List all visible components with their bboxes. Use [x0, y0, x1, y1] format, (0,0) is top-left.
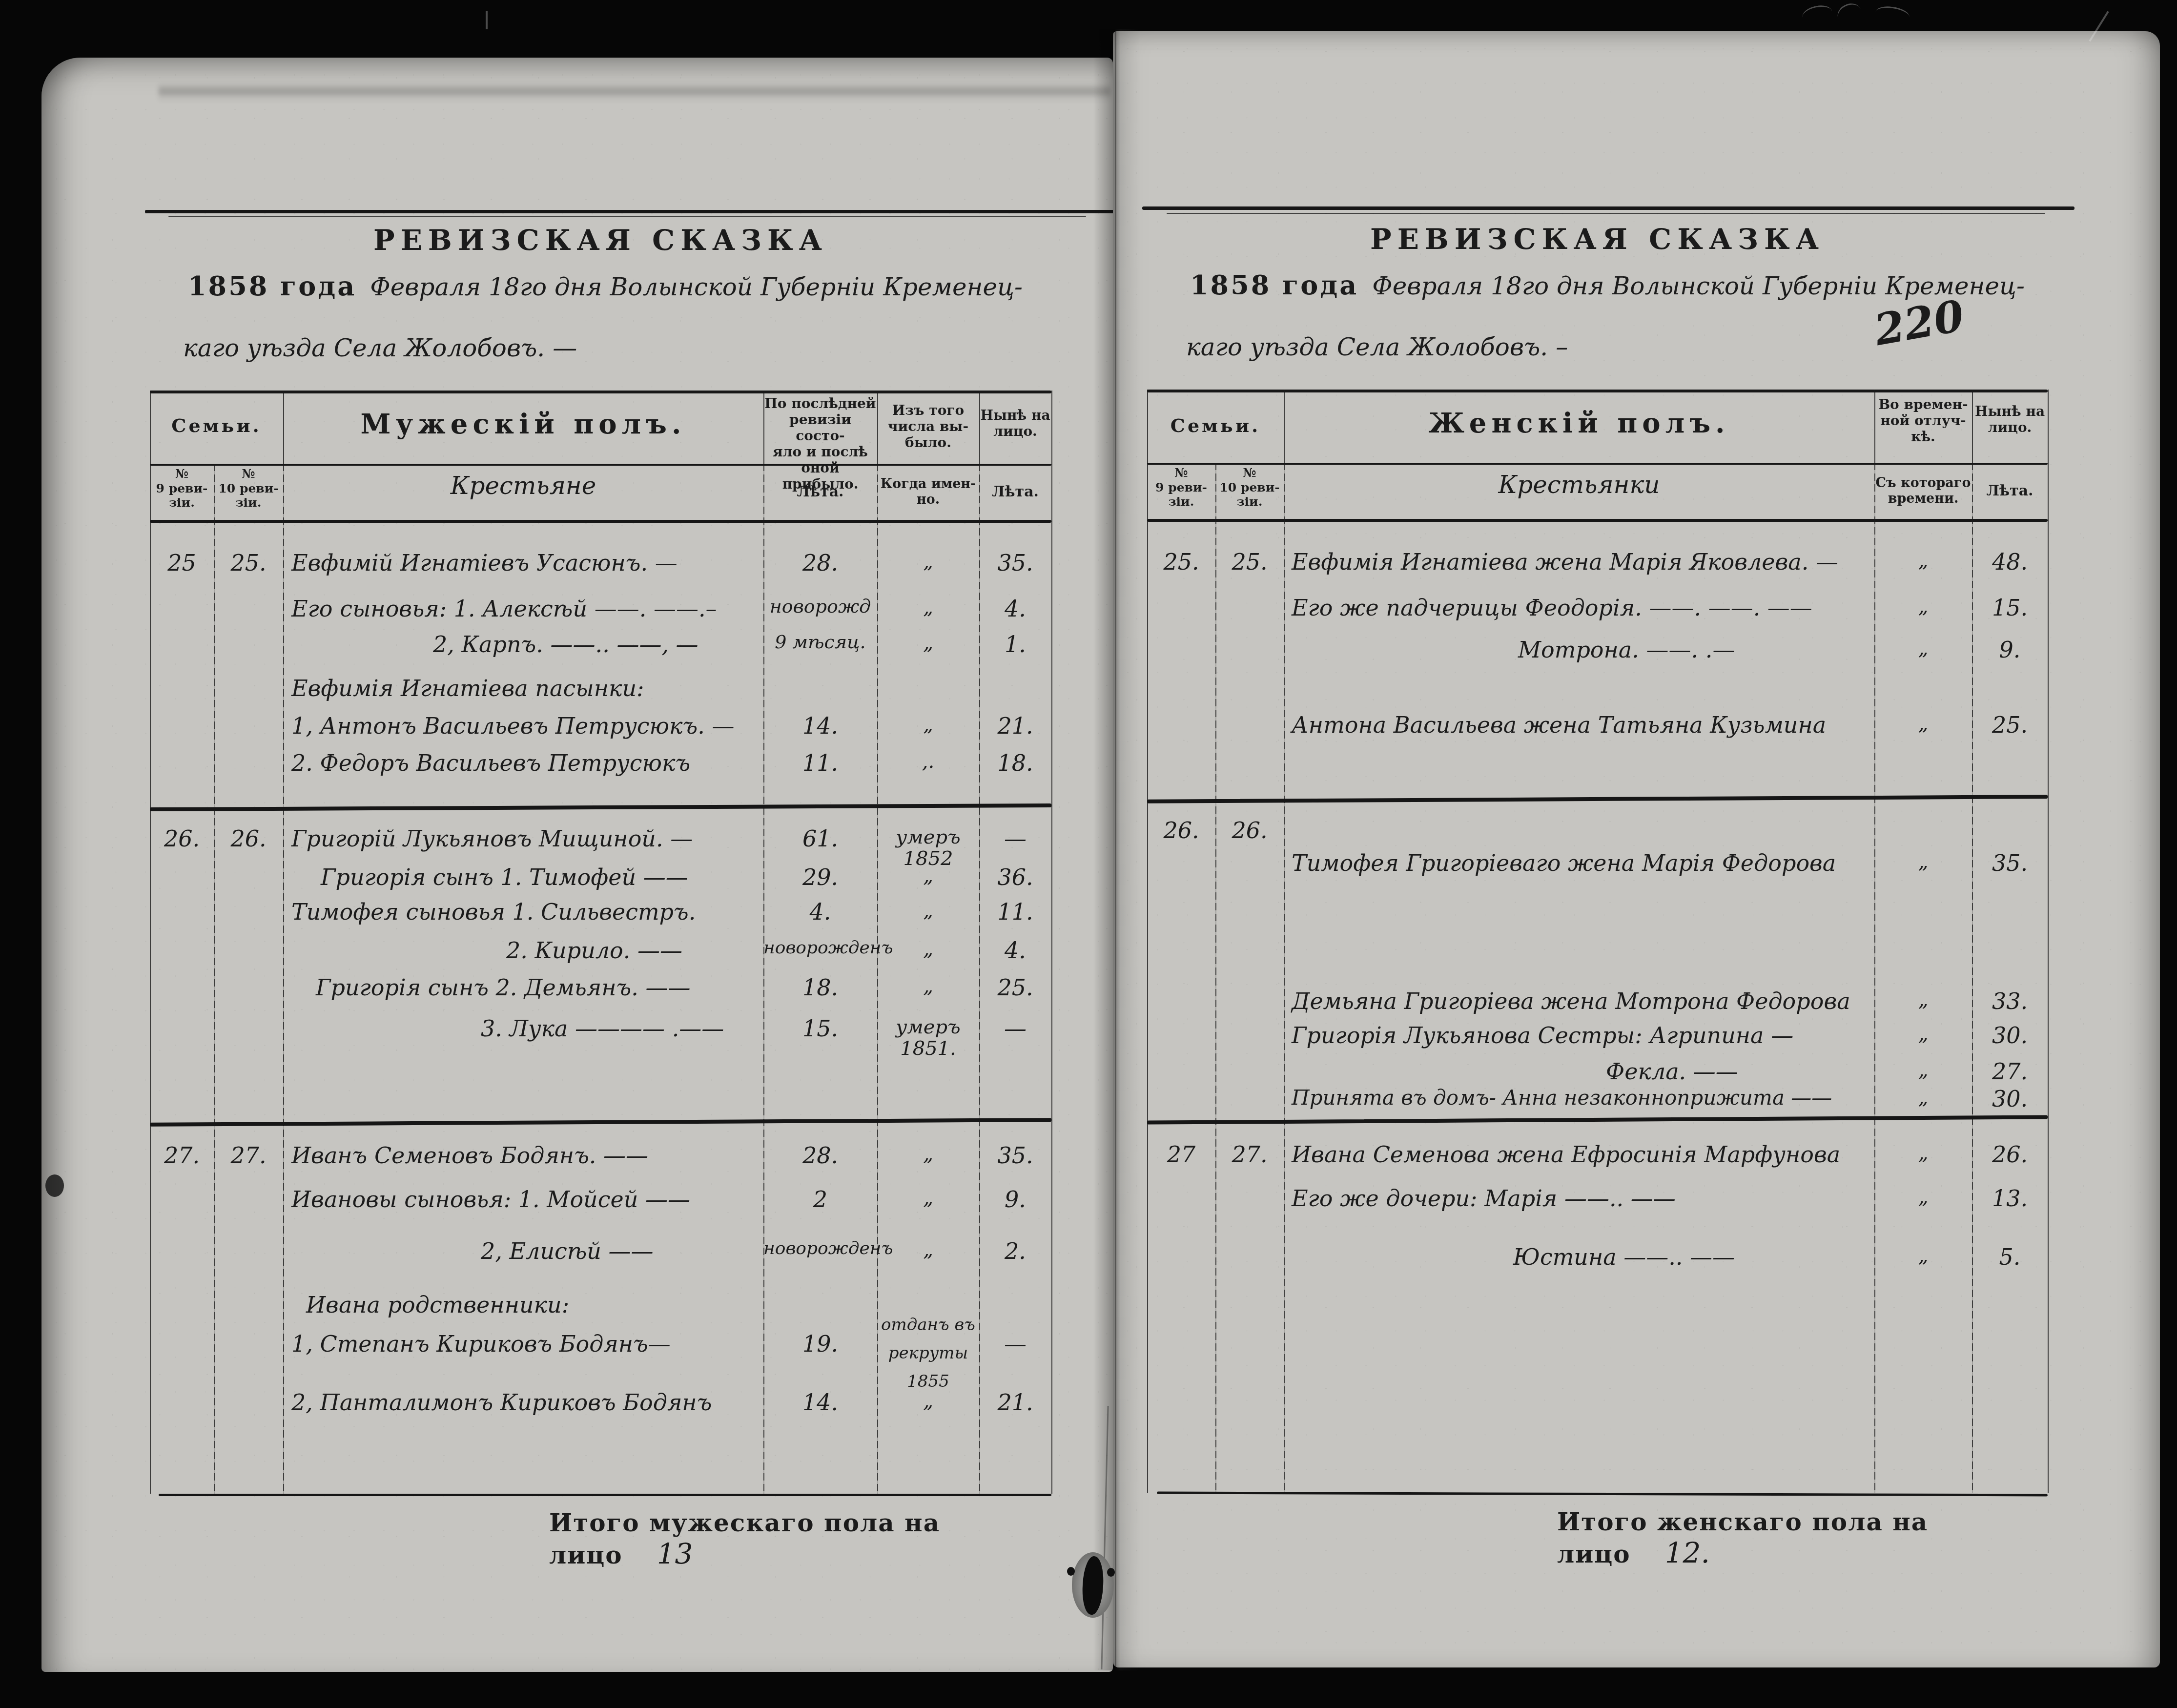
col-header-present: Нынѣ на лицо. [979, 407, 1051, 439]
cell-name: 1, Степанъ Кириковъ Бодянъ— [291, 1332, 760, 1357]
cell-age: 30. [1972, 1087, 2048, 1111]
frame-rule-echo [168, 216, 1086, 217]
cell-rev10: 27. [214, 1143, 283, 1168]
cell-age: 33. [1972, 989, 2048, 1014]
cell-age-now: 25. [979, 975, 1051, 1000]
cell-age-prev: 14. [763, 1390, 877, 1415]
cell-age-now: 21. [979, 1390, 1051, 1415]
cell-age: 5. [1972, 1245, 2048, 1270]
table-row: 25. 25. Евфимія Игнатіева жена Марія Яко… [1113, 550, 2160, 592]
cell-name: Демьяна Григоріева жена Мотрона Федорова [1292, 989, 1872, 1014]
col-header-present: Нынѣ на лицо. [1972, 403, 2048, 435]
cell-rev10: 27. [1215, 1142, 1284, 1167]
table-row: Его же дочери: Марія ——.. —— „ 13. [1113, 1186, 2160, 1228]
subcol-rev10: № 10 реви- зіи. [214, 467, 283, 510]
cell-since: „ [1874, 550, 1972, 571]
column-line [877, 391, 878, 464]
cell-name: Его сыновья: 1. Алексѣй ——. ——.– [291, 597, 760, 621]
cell-age-now: 35. [979, 1143, 1051, 1168]
cell-name: Принята въ домъ- Анна незаконноприжита —… [1292, 1087, 1872, 1109]
cell-age-now: 18. [979, 751, 1051, 776]
cell-when: „ [877, 1143, 979, 1165]
cell-age-prev: 28. [763, 1143, 877, 1168]
subcol-peasants: Крестьяне [283, 472, 763, 500]
cell-rev10: 25. [1215, 550, 1284, 575]
cell-age-now: 4. [979, 597, 1051, 621]
table-row: Его же падчерицы Феодорія. ——. ——. —— „ … [1113, 596, 2160, 638]
cell-rev9: 26. [1147, 818, 1215, 843]
cell-age-prev: 9 мѣсяц. [763, 632, 877, 653]
cell-age-now: — [979, 1332, 1051, 1357]
total-line: Итого мужескаго пола на лицо13 [549, 1508, 1037, 1570]
frame-rule [145, 210, 1116, 213]
cell-since: „ [1874, 638, 1972, 659]
cell-name: Евфимій Игнатіевъ Усасюнъ. — [291, 551, 760, 576]
table-row: Принята въ домъ- Анна незаконноприжита —… [1113, 1087, 2160, 1129]
cell-name: 1, Антонъ Васильевъ Петрусюкъ. — [291, 714, 760, 739]
table-row: Тимофея Григоріеваго жена Марія Федорова… [1113, 851, 2160, 893]
table-top-rule [1147, 390, 2048, 392]
date-line-2: каго уѣзда Села Жолобовъ. — [183, 334, 577, 362]
page-crease [159, 83, 1110, 103]
cell-age-prev: 29. [763, 865, 877, 890]
header-divider-rule [1147, 463, 2048, 465]
header-bottom-rule [150, 520, 1051, 523]
cell-since: „ [1874, 1023, 1972, 1045]
family-separator [1147, 795, 2048, 803]
table-row: Григорія сынъ 2. Демьянъ. —— 18. „ 25. [41, 975, 1113, 1017]
table-top-rule [150, 391, 1051, 393]
cell-name: Тимофея Григоріеваго жена Марія Федорова [1292, 851, 1872, 876]
cell-name: 2. Федоръ Васильевъ Петрусюкъ [291, 751, 760, 776]
cell-age-prev: 28. [763, 551, 877, 576]
total-value: 13 [657, 1537, 693, 1570]
archive-scribble [1874, 4, 1910, 25]
cell-when: умеръ 1852 [877, 826, 979, 869]
cell-name: Григорія Лукьянова Сестры: Агрипина — [1292, 1023, 1872, 1048]
cell-rev9: 27 [1147, 1142, 1215, 1167]
ink-blot [45, 1174, 64, 1197]
subcol-rev9: № 9 реви- зіи. [150, 467, 214, 510]
right-page: РЕВИЗСКАЯ СКАЗКА 1858 годаФевраля 18го д… [1113, 31, 2160, 1667]
column-line [763, 391, 764, 464]
cell-age: 35. [1972, 851, 2048, 876]
cell-age: 27. [1972, 1059, 2048, 1084]
cell-when: „ [877, 865, 979, 886]
cell-age-now: 36. [979, 865, 1051, 890]
cell-age-now: 35. [979, 551, 1051, 576]
cell-name: Григорій Лукьяновъ Мищиной. — [291, 826, 760, 851]
archive-scribble [1801, 3, 1834, 26]
column-line [1284, 390, 1285, 463]
cell-age: 26. [1972, 1142, 2048, 1167]
table-row: Евфимія Игнатіева пасынки: [41, 676, 1113, 718]
table-row: 2, Елисѣй —— новорожденъ „ 2. [41, 1239, 1113, 1281]
cell-age: 48. [1972, 550, 2048, 575]
subcol-years-now: Лѣта. [979, 483, 1051, 500]
frame-rule-echo [1167, 213, 2045, 214]
cell-age-prev: 18. [763, 975, 877, 1000]
date-line-2: каго уѣзда Села Жолобовъ. – [1186, 333, 1568, 361]
cell-name: Тимофея сыновья 1. Сильвестръ. [291, 900, 760, 925]
cell-when: „ [877, 1390, 979, 1412]
subcol-rev10: № 10 реви- зіи. [1215, 466, 1284, 509]
cell-since: „ [1874, 989, 1972, 1010]
cell-age: 13. [1972, 1186, 2048, 1211]
cell-age-prev: новорожденъ [763, 1239, 877, 1258]
cell-when: ,. [877, 751, 979, 772]
cell-since: „ [1874, 1186, 1972, 1208]
cell-age: 9. [1972, 638, 2048, 662]
cell-name: Григорія сынъ 2. Демьянъ. —— [316, 975, 784, 1000]
cell-rev9: 25. [1147, 550, 1215, 575]
column-line [979, 391, 980, 464]
cell-when: „ [877, 714, 979, 735]
cell-age: 30. [1972, 1023, 2048, 1048]
table-row: 1, Степанъ Кириковъ Бодянъ— 19. отданъ в… [41, 1332, 1113, 1374]
col-header-away: Во времен- ной отлуч- кѣ. [1874, 396, 1972, 445]
cell-when: „ [877, 938, 979, 960]
cell-when: отданъ въ рекруты 1855 [877, 1311, 979, 1396]
cell-when: „ [877, 1187, 979, 1209]
cell-age-prev: 4. [763, 900, 877, 925]
date-handwritten: Февраля 18го дня Волынской Губерніи Крем… [370, 273, 1023, 301]
cell-age-prev: 61. [763, 826, 877, 851]
cell-age-now: 2. [979, 1239, 1051, 1264]
table-row: 26. 26. Григорій Лукьяновъ Мищиной. — 61… [41, 826, 1113, 868]
subcol-years: Лѣта. [1972, 482, 2048, 499]
cell-age-now: 1. [979, 632, 1051, 657]
cell-rev10: 26. [1215, 818, 1284, 843]
cell-age: 15. [1972, 596, 2048, 620]
table-row: Антона Васильева жена Татьяна Кузьмина „… [1113, 713, 2160, 755]
cell-when: „ [877, 551, 979, 572]
cell-when: „ [877, 597, 979, 618]
cell-since: „ [1874, 1245, 1972, 1266]
cell-since: „ [1874, 596, 1972, 617]
cell-name: Евфимія Игнатіева пасынки: [291, 676, 760, 701]
cell-age-prev: новорожденъ [763, 938, 877, 958]
cell-age-prev: 14. [763, 714, 877, 739]
cell-name: Антона Васильева жена Татьяна Кузьмина [1292, 713, 1872, 738]
cell-age-now: — [979, 1016, 1051, 1041]
table-row: 27 27. Ивана Семенова жена Ефросинія Мар… [1113, 1142, 2160, 1184]
binding-dot [1107, 1568, 1115, 1577]
table-row: Мотрона. ——. .— „ 9. [1113, 638, 2160, 679]
subcol-peasants: Крестьянки [1284, 471, 1874, 499]
cell-age-prev: 11. [763, 751, 877, 776]
col-header-family: Семьи. [1147, 415, 1284, 437]
table-row: Юстина ——.. —— „ 5. [1113, 1245, 2160, 1287]
column-line [1972, 390, 1973, 463]
col-header-departed: Изъ того числа вы- было. [877, 402, 979, 451]
col-header-gender: Мужескій полъ. [283, 408, 763, 440]
cell-age-prev: новорожд [763, 597, 877, 617]
binding-dot [1067, 1567, 1075, 1576]
cell-since: „ [1874, 851, 1972, 872]
table-row: 27. 27. Иванъ Семеновъ Бодянъ. —— 28. „ … [41, 1143, 1113, 1185]
table-row: 2, Панталимонъ Кириковъ Бодянъ 14. „ 21. [41, 1390, 1113, 1432]
col-header-gender: Женскій полъ. [1284, 407, 1874, 439]
archive-tick [486, 11, 488, 29]
subcol-when: Когда имен- но. [877, 476, 979, 508]
cell-rev9: 25 [150, 551, 214, 576]
cell-name: Иванъ Семеновъ Бодянъ. —— [291, 1143, 760, 1168]
cell-name: Ивановы сыновья: 1. Мойсей —— [291, 1187, 760, 1212]
frame-rule [1142, 206, 2074, 210]
subcol-rev9: № 9 реви- зіи. [1147, 466, 1215, 509]
cell-rev9: 27. [150, 1143, 214, 1168]
col-header-family: Семьи. [150, 415, 283, 437]
cell-age-now: 4. [979, 938, 1051, 963]
cell-name: Его же падчерицы Феодорія. ——. ——. —— [1292, 596, 1872, 620]
cell-name: 2, Панталимонъ Кириковъ Бодянъ [291, 1390, 760, 1415]
cell-age-prev: 2 [763, 1187, 877, 1212]
cell-name: Его же дочери: Марія ——.. —— [1292, 1186, 1872, 1211]
cell-age-now: 11. [979, 900, 1051, 925]
table-row: 3. Лука ———— .—— 15. умеръ 1851. — [41, 1016, 1113, 1058]
table-bottom-rule [1157, 1492, 2048, 1497]
cell-age-now: — [979, 826, 1051, 851]
family-separator [150, 1118, 1051, 1127]
cell-age-prev: 19. [763, 1332, 877, 1357]
column-line [1874, 390, 1875, 463]
total-line: Итого женскаго пола на лицо12. [1557, 1507, 2050, 1569]
date-line: 1858 годаФевраля 18го дня Волынской Губе… [1190, 269, 2025, 301]
cell-when: умеръ 1851. [877, 1016, 979, 1059]
cell-name: Ивана Семенова жена Ефросинія Марфунова [1292, 1142, 1872, 1167]
table-row: 25 25. Евфимій Игнатіевъ Усасюнъ. — 28. … [41, 551, 1113, 593]
cell-when: „ [877, 632, 979, 654]
table-row: 2, Карпъ. ——.. ——, — 9 мѣсяц. „ 1. [41, 632, 1113, 674]
date-line: 1858 годаФевраля 18го дня Волынской Губе… [188, 270, 1023, 302]
cell-rev10: 25. [214, 551, 283, 576]
subcol-years-prev: Лѣта. [763, 483, 877, 500]
left-page: РЕВИЗСКАЯ СКАЗКА 1858 годаФевраля 18го д… [41, 58, 1113, 1672]
cell-age-prev: 15. [763, 1016, 877, 1041]
total-value: 12. [1665, 1536, 1710, 1569]
archive-scribble [1834, 0, 1865, 28]
cell-age: 25. [1972, 713, 2048, 738]
subcol-since: Съ котораго времени. [1874, 475, 1972, 507]
cell-name: Ивана родственники: [306, 1293, 775, 1317]
total-label: Итого женскаго пола на лицо [1557, 1507, 1928, 1568]
total-label: Итого мужескаго пола на лицо [549, 1508, 940, 1569]
header-divider-rule [150, 464, 1051, 466]
cell-since: „ [1874, 1142, 1972, 1164]
book-scan: РЕВИЗСКАЯ СКАЗКА 1858 годаФевраля 18го д… [0, 0, 2177, 1708]
date-year: 1858 года [1190, 269, 1358, 301]
table-row: Тимофея сыновья 1. Сильвестръ. 4. „ 11. [41, 900, 1113, 942]
column-line [283, 391, 284, 464]
cell-name: Григорія сынъ 1. Тимофей —— [321, 865, 789, 890]
cell-age-now: 21. [979, 714, 1051, 739]
cell-since: „ [1874, 1087, 1972, 1108]
gutter-fold-line [1115, 31, 1116, 1667]
cell-age-now: 9. [979, 1187, 1051, 1212]
date-year: 1858 года [188, 270, 356, 302]
cell-when: „ [877, 975, 979, 997]
table-bottom-rule [159, 1494, 1051, 1496]
header-bottom-rule [1147, 519, 2048, 522]
page-title: РЕВИЗСКАЯ СКАЗКА [1147, 223, 2048, 256]
cell-since: „ [1874, 713, 1972, 734]
cell-rev9: 26. [150, 826, 214, 851]
table-row: Ивановы сыновья: 1. Мойсей —— 2 „ 9. [41, 1187, 1113, 1229]
cell-rev10: 26. [214, 826, 283, 851]
page-title: РЕВИЗСКАЯ СКАЗКА [150, 224, 1051, 257]
family-separator [150, 803, 1051, 811]
gutter-shadow [1093, 29, 1140, 1670]
cell-since: „ [1874, 1059, 1972, 1081]
table-row: 2. Федоръ Васильевъ Петрусюкъ 11. ,. 18. [41, 751, 1113, 793]
col-header-prev-revision: По послѣдней ревизіи состо- яло и послѣ … [763, 395, 877, 492]
cell-when: „ [877, 900, 979, 921]
cell-when: „ [877, 1239, 979, 1260]
cell-name: Евфимія Игнатіева жена Марія Яковлева. — [1292, 550, 1872, 575]
